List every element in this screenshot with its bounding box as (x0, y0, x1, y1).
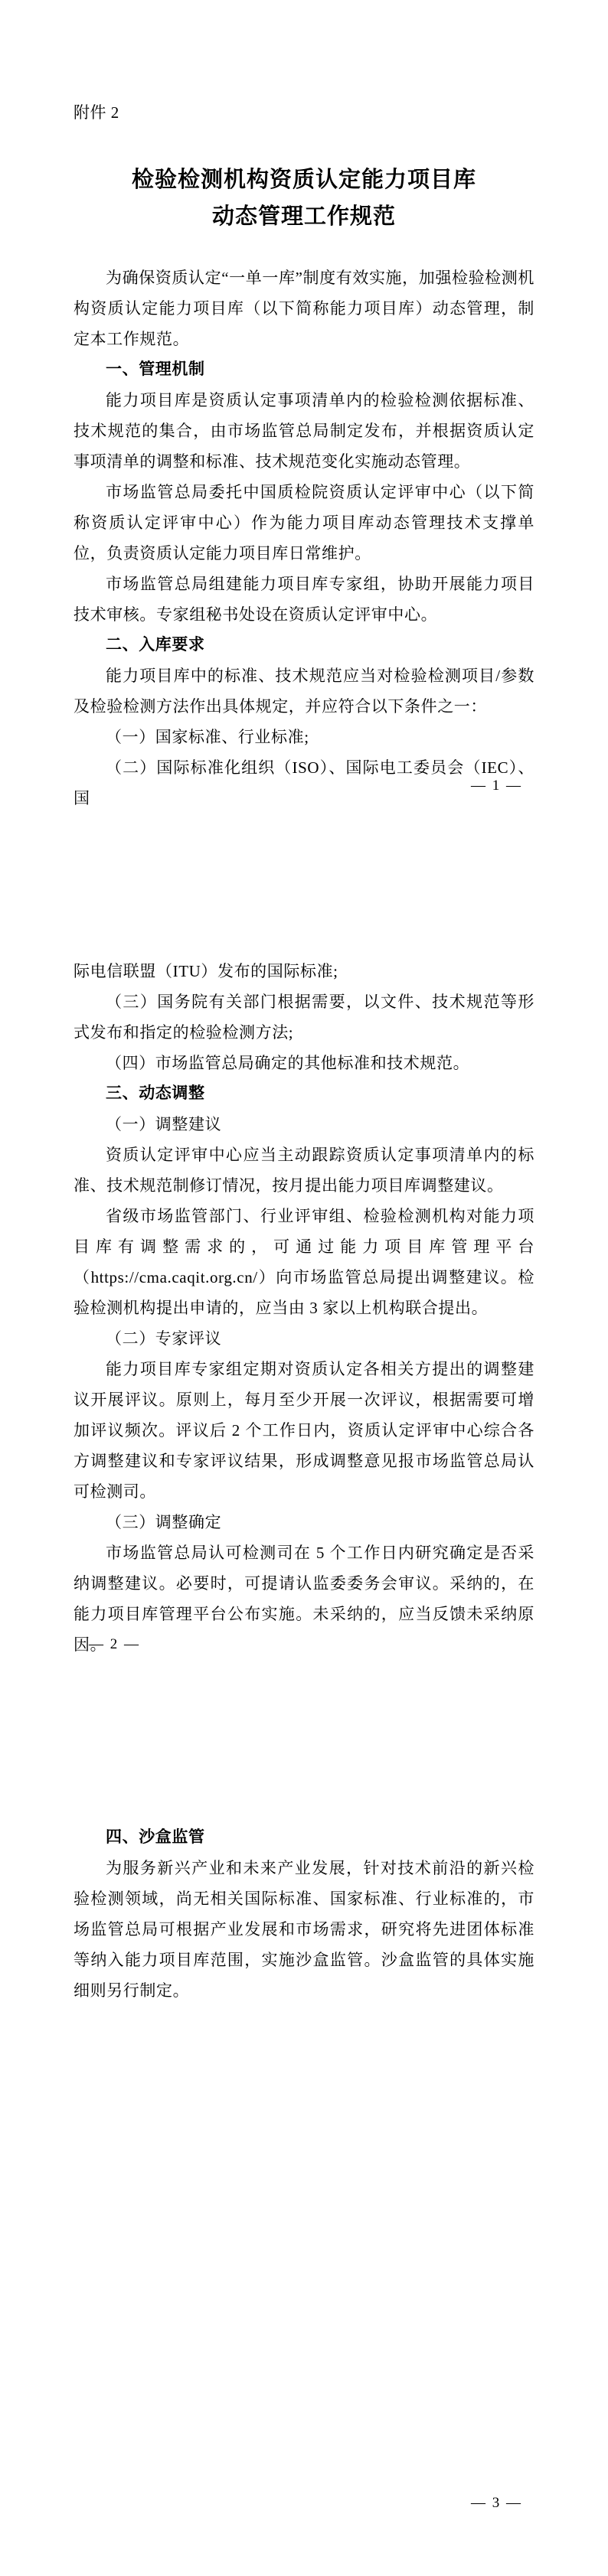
body-paragraph: 能力项目库是资质认定事项清单内的检验检测依据标准、技术规范的集合，由市场监管总局… (74, 385, 534, 477)
body-paragraph: 市场监管总局委托中国质检院资质认定评审中心（以下简称资质认定评审中心）作为能力项… (74, 477, 534, 569)
body-paragraph: （二）国际标准化组织（ISO）、国际电工委员会（IEC）、国 (74, 752, 534, 814)
body-paragraph: （一）国家标准、行业标准; (74, 722, 534, 752)
body-paragraph: 为确保资质认定“一单一库”制度有效实施，加强检验检测机构资质认定能力项目库（以下… (74, 262, 534, 354)
subsection-heading: （二）专家评议 (74, 1323, 534, 1354)
page-body: 四、沙盒监管为服务新兴产业和未来产业发展，针对技术前沿的新兴检验检测领域，尚无相… (0, 1717, 608, 2006)
section-heading: 二、入库要求 (74, 630, 534, 660)
page-number: — 2 — (89, 1636, 140, 1652)
page-1: 附件 2检验检测机构资质认定能力项目库动态管理工作规范为确保资质认定“一单一库”… (0, 0, 608, 859)
page-body: 附件 2检验检测机构资质认定能力项目库动态管理工作规范为确保资质认定“一单一库”… (0, 0, 608, 814)
document-container: 附件 2检验检测机构资质认定能力项目库动态管理工作规范为确保资质认定“一单一库”… (0, 0, 608, 2576)
body-paragraph: 资质认定评审中心应当主动跟踪资质认定事项清单内的标准、技术规范制修订情况，按月提… (74, 1140, 534, 1201)
body-paragraph: （四）市场监管总局确定的其他标准和技术规范。 (74, 1048, 534, 1078)
body-paragraph: 能力项目库专家组定期对资质认定各相关方提出的调整建议开展评议。原则上，每月至少开… (74, 1354, 534, 1507)
document-title-line: 动态管理工作规范 (74, 198, 534, 235)
page-2: 际电信联盟（ITU）发布的国际标准;（三）国务院有关部门根据需要，以文件、技术规… (0, 859, 608, 1717)
body-paragraph: 为服务新兴产业和未来产业发展，针对技术前沿的新兴检验检测领域，尚无相关国际标准、… (74, 1853, 534, 2006)
page-3: 四、沙盒监管为服务新兴产业和未来产业发展，针对技术前沿的新兴检验检测领域，尚无相… (0, 1717, 608, 2576)
body-paragraph: 市场监管总局组建能力项目库专家组，协助开展能力项目技术审核。专家组秘书处设在资质… (74, 569, 534, 630)
page-body: 际电信联盟（ITU）发布的国际标准;（三）国务院有关部门根据需要，以文件、技术规… (0, 859, 608, 1660)
body-paragraph: 省级市场监管部门、行业评审组、检验检测机构对能力项目库有调整需求的，可通过能力项… (74, 1201, 534, 1323)
section-heading: 四、沙盒监管 (74, 1822, 534, 1853)
attachment-label: 附件 2 (74, 97, 534, 128)
page-number: — 3 — (471, 2495, 522, 2511)
document-title-line: 检验检测机构资质认定能力项目库 (74, 161, 534, 198)
section-heading: 三、动态调整 (74, 1078, 534, 1109)
body-paragraph: （三）国务院有关部门根据需要，以文件、技术规范等形式发布和指定的检验检测方法; (74, 986, 534, 1048)
subsection-heading: （三）调整确定 (74, 1507, 534, 1537)
body-paragraph: 市场监管总局认可检测司在 5 个工作日内研究确定是否采纳调整建议。必要时，可提请… (74, 1537, 534, 1660)
page-number: — 1 — (471, 778, 522, 794)
subsection-heading: （一）调整建议 (74, 1109, 534, 1140)
section-heading: 一、管理机制 (74, 354, 534, 385)
body-paragraph: 能力项目库中的标准、技术规范应当对检验检测项目/参数及检验检测方法作出具体规定，… (74, 660, 534, 722)
body-paragraph-continuation: 际电信联盟（ITU）发布的国际标准; (74, 956, 534, 986)
